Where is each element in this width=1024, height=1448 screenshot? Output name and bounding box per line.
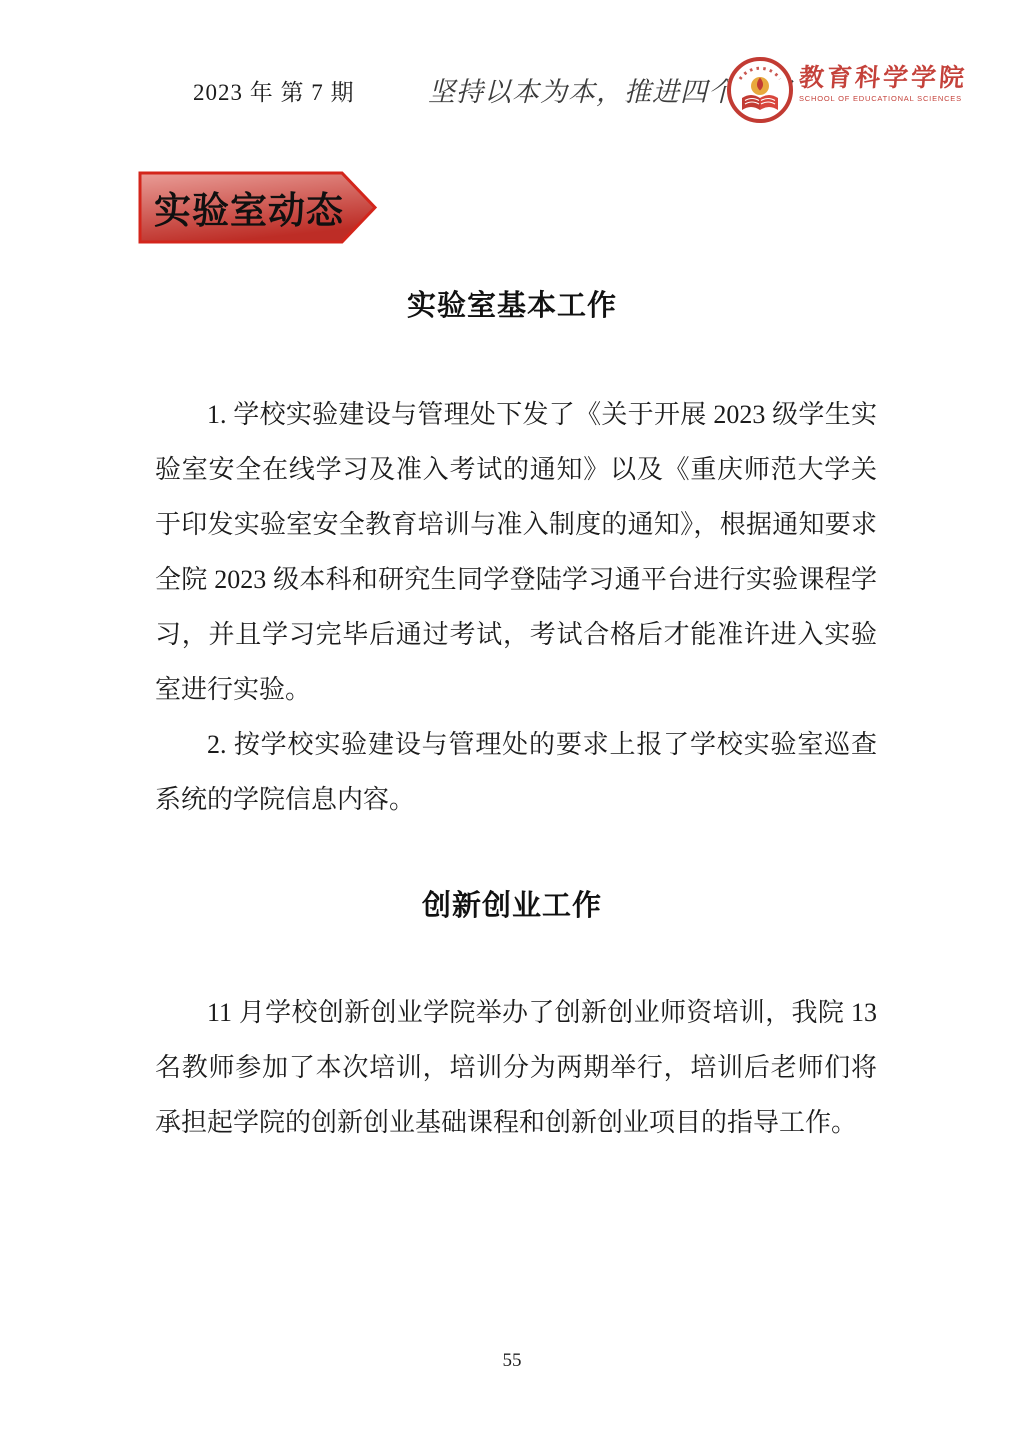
paragraph: 11 月学校创新创业学院举办了创新创业师资培训，我院 13 名教师参加了本次培训…	[155, 985, 877, 1150]
paragraph: 2. 按学校实验建设与管理处的要求上报了学校实验室巡查系统的学院信息内容。	[155, 717, 877, 827]
section-body-innovation-work: 11 月学校创新创业学院举办了创新创业师资培训，我院 13 名教师参加了本次培训…	[155, 985, 877, 1150]
paragraph: 1. 学校实验建设与管理处下发了《关于开展 2023 级学生实验室安全在线学习及…	[155, 387, 877, 717]
banner-label: 实验室动态	[154, 179, 344, 233]
school-name-en: SCHOOL OF EDUCATIONAL SCIENCES	[799, 95, 1019, 103]
issue-label: 2023 年 第 7 期	[193, 74, 355, 107]
school-seal-icon	[726, 56, 794, 124]
section-body-lab-basic-work: 1. 学校实验建设与管理处下发了《关于开展 2023 级学生实验室安全在线学习及…	[155, 387, 877, 827]
section-banner: 实验室动态	[138, 171, 378, 244]
section-title-lab-basic-work: 实验室基本工作	[0, 283, 1024, 324]
school-name-cn: 教育科学学院	[798, 66, 968, 91]
section-title-innovation-work: 创新创业工作	[0, 883, 1024, 924]
page-number: 55	[0, 1350, 1024, 1372]
school-name-block: 教育科学学院 SCHOOL OF EDUCATIONAL SCIENCES	[799, 66, 1019, 103]
newsletter-page: 2023 年 第 7 期 坚持以本为本，推进四个回归 教育科学学院 SCHOOL…	[0, 0, 1024, 1448]
